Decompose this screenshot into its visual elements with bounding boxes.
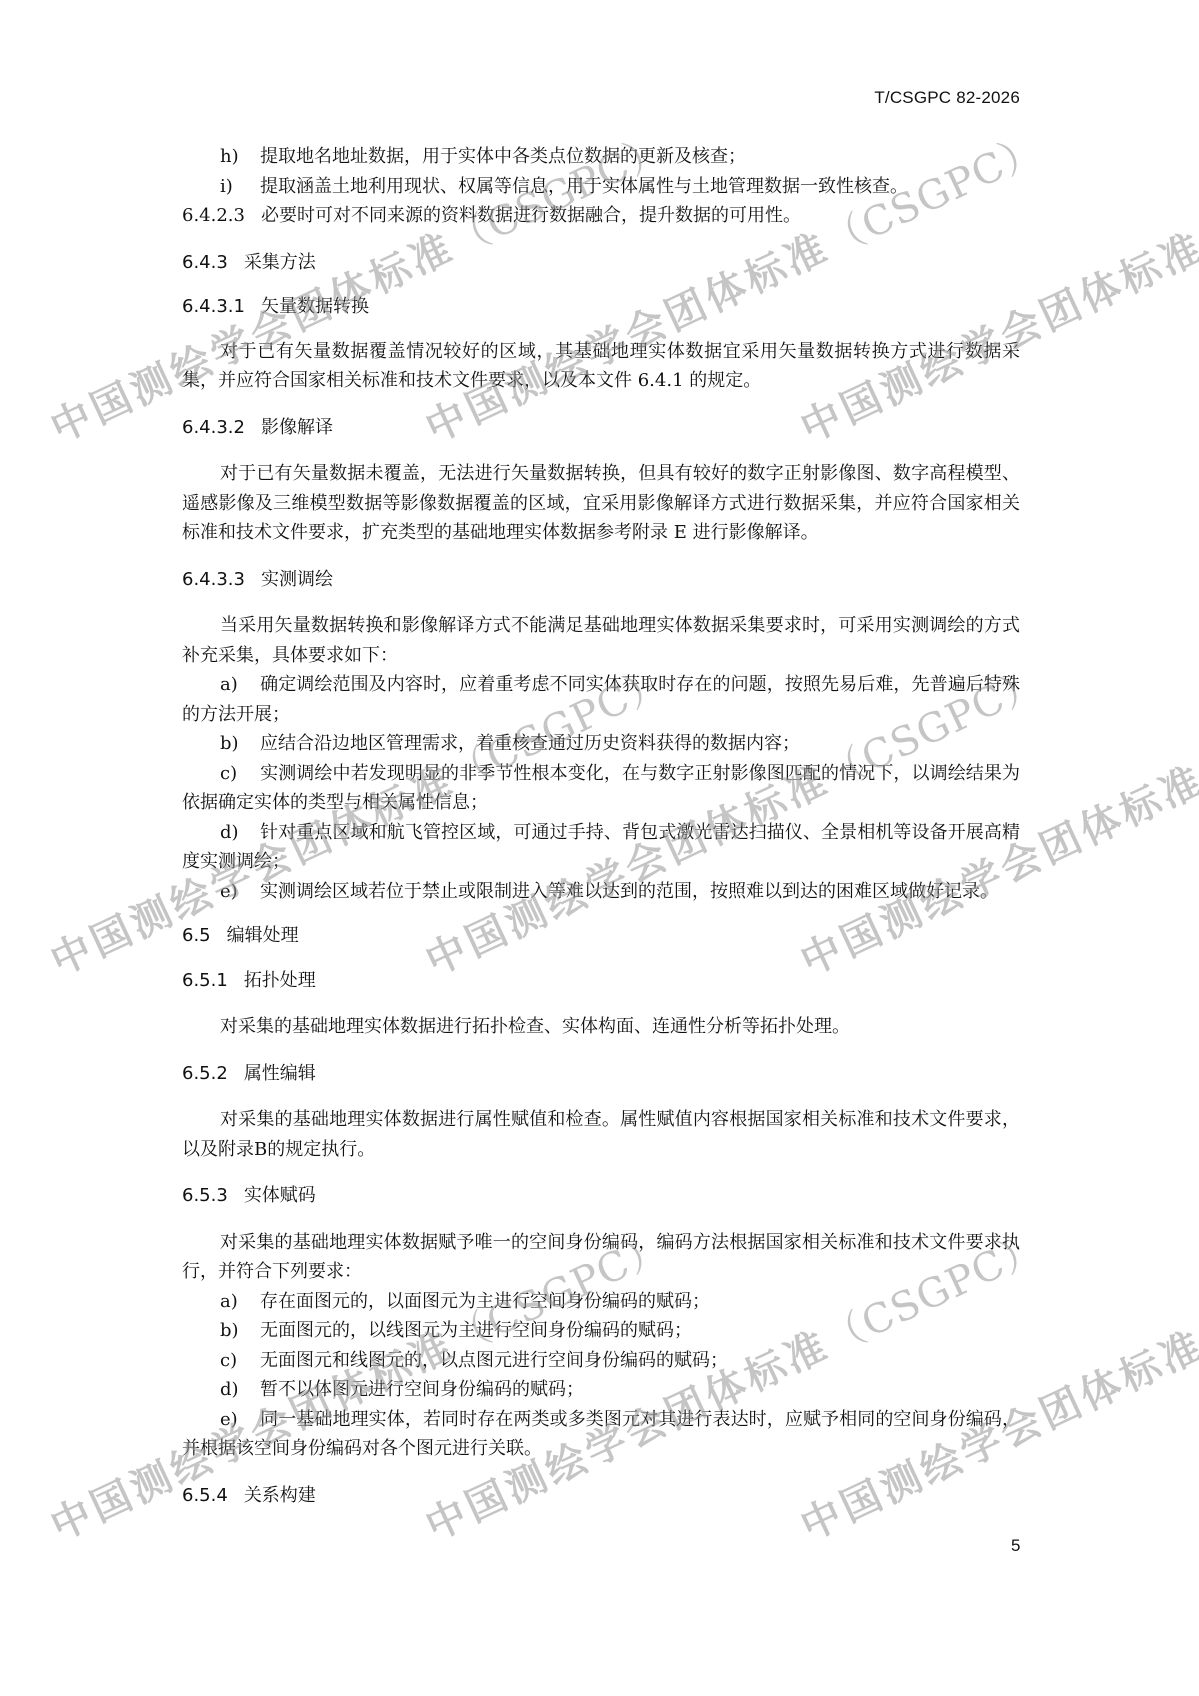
heading-title: 关系构建 bbox=[244, 1485, 316, 1506]
list-item-label: i) bbox=[220, 172, 260, 202]
clause-6-4-2-3: 6.4.2.3必要时可对不同来源的资料数据进行数据融合，提升数据的可用性。 bbox=[182, 201, 1020, 231]
list-item-c: c)无面图元和线图元的，以点图元进行空间身份编码的赋码； bbox=[182, 1346, 1020, 1376]
heading-title: 矢量数据转换 bbox=[261, 296, 369, 317]
list-item-text: 暂不以体图元进行空间身份编码的赋码； bbox=[260, 1379, 584, 1400]
heading-number: 6.5 bbox=[182, 921, 211, 951]
list-item-text: 提取涵盖土地利用现状、权属等信息，用于实体属性与土地管理数据一致性核查。 bbox=[260, 176, 908, 197]
paragraph-6-5-2: 对采集的基础地理实体数据进行属性赋值和检查。属性赋值内容根据国家相关标准和技术文… bbox=[182, 1105, 1020, 1164]
list-item-e: e)同一基础地理实体，若同时存在两类或多类图元对其进行表达时，应赋予相同的空间身… bbox=[182, 1405, 1020, 1464]
list-item-text: 针对重点区域和航飞管控区域，可通过手持、背包式激光雷达扫描仪、全景相机等设备开展… bbox=[182, 822, 1020, 873]
list-item-h: h)提取地名地址数据，用于实体中各类点位数据的更新及核查； bbox=[182, 142, 1020, 172]
list-item-label: c) bbox=[220, 759, 260, 789]
list-item-text: 无面图元的，以线图元为主进行空间身份编码的赋码； bbox=[260, 1320, 692, 1341]
list-item-text: 存在面图元的，以面图元为主进行空间身份编码的赋码； bbox=[260, 1291, 710, 1312]
heading-title: 实体赋码 bbox=[244, 1185, 316, 1206]
list-item-text: 实测调绘中若发现明显的非季节性根本变化，在与数字正射影像图匹配的情况下，以调绘结… bbox=[182, 763, 1020, 814]
page-number: 5 bbox=[1011, 1536, 1020, 1556]
heading-6-5-3: 6.5.3实体赋码 bbox=[182, 1181, 1020, 1211]
list-item-text: 应结合沿边地区管理需求，着重核查通过历史资料获得的数据内容； bbox=[260, 733, 800, 754]
heading-number: 6.5.4 bbox=[182, 1481, 228, 1511]
list-item-d: d)暂不以体图元进行空间身份编码的赋码； bbox=[182, 1375, 1020, 1405]
heading-number: 6.4.3 bbox=[182, 248, 228, 278]
list-item-label: b) bbox=[220, 729, 260, 759]
list-item-label: e) bbox=[220, 877, 260, 907]
list-item-label: c) bbox=[220, 1346, 260, 1376]
list-item-a: a)存在面图元的，以面图元为主进行空间身份编码的赋码； bbox=[182, 1287, 1020, 1317]
heading-number: 6.4.3.3 bbox=[182, 565, 245, 595]
list-item-label: b) bbox=[220, 1316, 260, 1346]
list-item-label: d) bbox=[220, 1375, 260, 1405]
heading-6-5-1: 6.5.1拓扑处理 bbox=[182, 966, 1020, 996]
heading-6-4-3-1: 6.4.3.1矢量数据转换 bbox=[182, 292, 1020, 322]
paragraph-6-4-3-1: 对于已有矢量数据覆盖情况较好的区域，其基础地理实体数据宜采用矢量数据转换方式进行… bbox=[182, 337, 1020, 396]
heading-title: 拓扑处理 bbox=[244, 970, 316, 991]
list-item-label: d) bbox=[220, 818, 260, 848]
heading-6-4-3: 6.4.3采集方法 bbox=[182, 248, 1020, 278]
page-content: h)提取地名地址数据，用于实体中各类点位数据的更新及核查； i)提取涵盖土地利用… bbox=[182, 142, 1020, 1510]
heading-6-5: 6.5编辑处理 bbox=[182, 921, 1020, 951]
list-item-text: 无面图元和线图元的，以点图元进行空间身份编码的赋码； bbox=[260, 1350, 728, 1371]
heading-title: 影像解译 bbox=[261, 417, 333, 438]
list-item-i: i)提取涵盖土地利用现状、权属等信息，用于实体属性与土地管理数据一致性核查。 bbox=[182, 172, 1020, 202]
list-item-c: c)实测调绘中若发现明显的非季节性根本变化，在与数字正射影像图匹配的情况下，以调… bbox=[182, 759, 1020, 818]
document-code-header: T/CSGPC 82-2026 bbox=[874, 88, 1020, 108]
heading-title: 实测调绘 bbox=[261, 569, 333, 590]
paragraph-6-5-3: 对采集的基础地理实体数据赋予唯一的空间身份编码，编码方法根据国家相关标准和技术文… bbox=[182, 1228, 1020, 1287]
list-item-label: a) bbox=[220, 1287, 260, 1317]
list-item-label: a) bbox=[220, 670, 260, 700]
heading-6-4-3-2: 6.4.3.2影像解译 bbox=[182, 413, 1020, 443]
list-item-a: a)确定调绘范围及内容时，应着重考虑不同实体获取时存在的问题，按照先易后难，先普… bbox=[182, 670, 1020, 729]
paragraph-6-4-3-3: 当采用矢量数据转换和影像解译方式不能满足基础地理实体数据采集要求时，可采用实测调… bbox=[182, 611, 1020, 670]
heading-number: 6.5.3 bbox=[182, 1181, 228, 1211]
list-item-label: h) bbox=[220, 142, 260, 172]
heading-number: 6.4.3.1 bbox=[182, 292, 245, 322]
list-item-text: 提取地名地址数据，用于实体中各类点位数据的更新及核查； bbox=[260, 146, 746, 167]
list-item-text: 实测调绘区域若位于禁止或限制进入等难以达到的范围，按照难以到达的困难区域做好记录… bbox=[260, 881, 998, 902]
heading-number: 6.5.2 bbox=[182, 1059, 228, 1089]
list-item-text: 同一基础地理实体，若同时存在两类或多类图元对其进行表达时，应赋予相同的空间身份编… bbox=[182, 1409, 1020, 1460]
list-item-b: b)应结合沿边地区管理需求，着重核查通过历史资料获得的数据内容； bbox=[182, 729, 1020, 759]
list-item-b: b)无面图元的，以线图元为主进行空间身份编码的赋码； bbox=[182, 1316, 1020, 1346]
list-item-label: e) bbox=[220, 1405, 260, 1435]
heading-6-4-3-3: 6.4.3.3实测调绘 bbox=[182, 565, 1020, 595]
clause-number: 6.4.2.3 bbox=[182, 201, 245, 231]
list-item-d: d)针对重点区域和航飞管控区域，可通过手持、背包式激光雷达扫描仪、全景相机等设备… bbox=[182, 818, 1020, 877]
heading-title: 属性编辑 bbox=[244, 1063, 316, 1084]
heading-6-5-2: 6.5.2属性编辑 bbox=[182, 1059, 1020, 1089]
heading-title: 采集方法 bbox=[244, 252, 316, 273]
heading-title: 编辑处理 bbox=[227, 925, 299, 946]
heading-6-5-4: 6.5.4关系构建 bbox=[182, 1481, 1020, 1511]
list-item-text: 确定调绘范围及内容时，应着重考虑不同实体获取时存在的问题，按照先易后难，先普遍后… bbox=[182, 674, 1020, 725]
clause-text: 必要时可对不同来源的资料数据进行数据融合，提升数据的可用性。 bbox=[261, 205, 801, 226]
paragraph-6-5-1: 对采集的基础地理实体数据进行拓扑检查、实体构面、连通性分析等拓扑处理。 bbox=[182, 1012, 1020, 1042]
paragraph-6-4-3-2: 对于已有矢量数据未覆盖，无法进行矢量数据转换，但具有较好的数字正射影像图、数字高… bbox=[182, 459, 1020, 548]
heading-number: 6.4.3.2 bbox=[182, 413, 245, 443]
heading-number: 6.5.1 bbox=[182, 966, 228, 996]
list-item-e: e)实测调绘区域若位于禁止或限制进入等难以达到的范围，按照难以到达的困难区域做好… bbox=[182, 877, 1020, 907]
document-page: T/CSGPC 82-2026 h)提取地名地址数据，用于实体中各类点位数据的更… bbox=[0, 0, 1199, 1696]
